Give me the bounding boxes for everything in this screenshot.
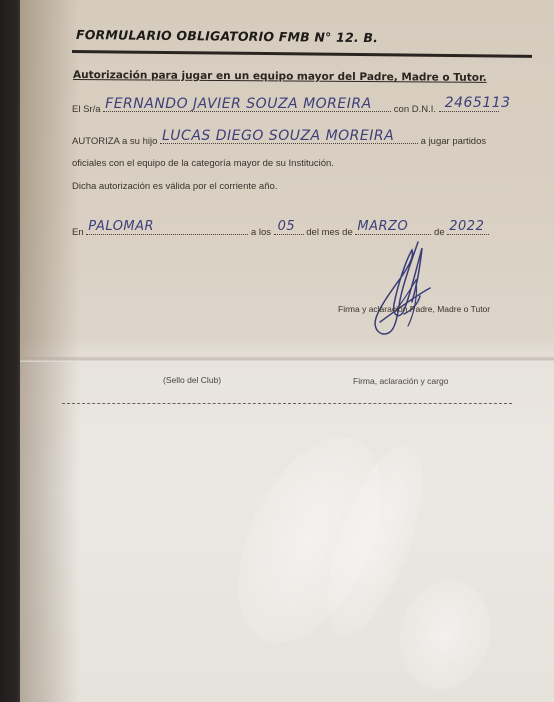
guardian-prefix-label: El Sr/a: [72, 104, 101, 115]
place-field[interactable]: PALOMAR: [86, 224, 248, 235]
guardian-line: El Sr/a FERNANDO JAVIER SOUZA MOREIRA co…: [72, 101, 499, 115]
club-stamp-label: (Sello del Club): [163, 375, 221, 385]
guardian-name-field[interactable]: FERNANDO JAVIER SOUZA MOREIRA: [103, 101, 391, 112]
title-divider: [72, 50, 532, 57]
form-title: FORMULARIO OBLIGATORIO FMB N° 12. B.: [76, 27, 378, 45]
place-label: En: [72, 227, 84, 238]
year-value: 2022: [449, 219, 484, 234]
month-value: MARZO: [357, 219, 408, 234]
body-line-2: Dicha autorización es válida por el corr…: [72, 181, 277, 192]
date-place-line: En PALOMAR a los 05 del mes de MARZO de …: [72, 224, 489, 238]
child-name-field[interactable]: LUCAS DIEGO SOUZA MOREIRA: [160, 133, 418, 144]
month-label: del mes de: [306, 227, 352, 238]
guardian-signature-label: Firma y aclaración Padre, Madre o Tutor: [338, 304, 490, 314]
paper-crease: [387, 570, 502, 700]
day-value: 05: [278, 219, 296, 234]
body-line-1: oficiales con el equipo de la categoría …: [72, 158, 334, 169]
authorizes-label: AUTORIZA a su hijo: [72, 136, 157, 147]
form-subtitle: Autorización para jugar en un equipo may…: [73, 69, 487, 84]
paper-fold: [20, 356, 554, 362]
dni-value: 2465113: [445, 95, 511, 111]
child-name-value: LUCAS DIEGO SOUZA MOREIRA: [162, 128, 394, 144]
club-signature-label: Firma, aclaración y cargo: [353, 376, 448, 386]
year-label: de: [434, 227, 445, 238]
month-field[interactable]: MARZO: [355, 224, 431, 235]
day-label: a los: [251, 227, 271, 238]
guardian-name-value: FERNANDO JAVIER SOUZA MOREIRA: [105, 96, 372, 112]
dni-field[interactable]: 2465113: [439, 101, 499, 112]
dni-label: con D.N.I.: [394, 104, 436, 115]
club-signature-line: [62, 403, 512, 404]
year-field[interactable]: 2022: [447, 224, 489, 235]
day-field[interactable]: 05: [274, 224, 304, 235]
guardian-signature: [360, 240, 460, 340]
child-line: AUTORIZA a su hijo LUCAS DIEGO SOUZA MOR…: [72, 133, 486, 147]
form-document: FORMULARIO OBLIGATORIO FMB N° 12. B. Aut…: [20, 0, 554, 702]
place-value: PALOMAR: [88, 219, 154, 234]
play-label: a jugar partidos: [421, 136, 486, 147]
